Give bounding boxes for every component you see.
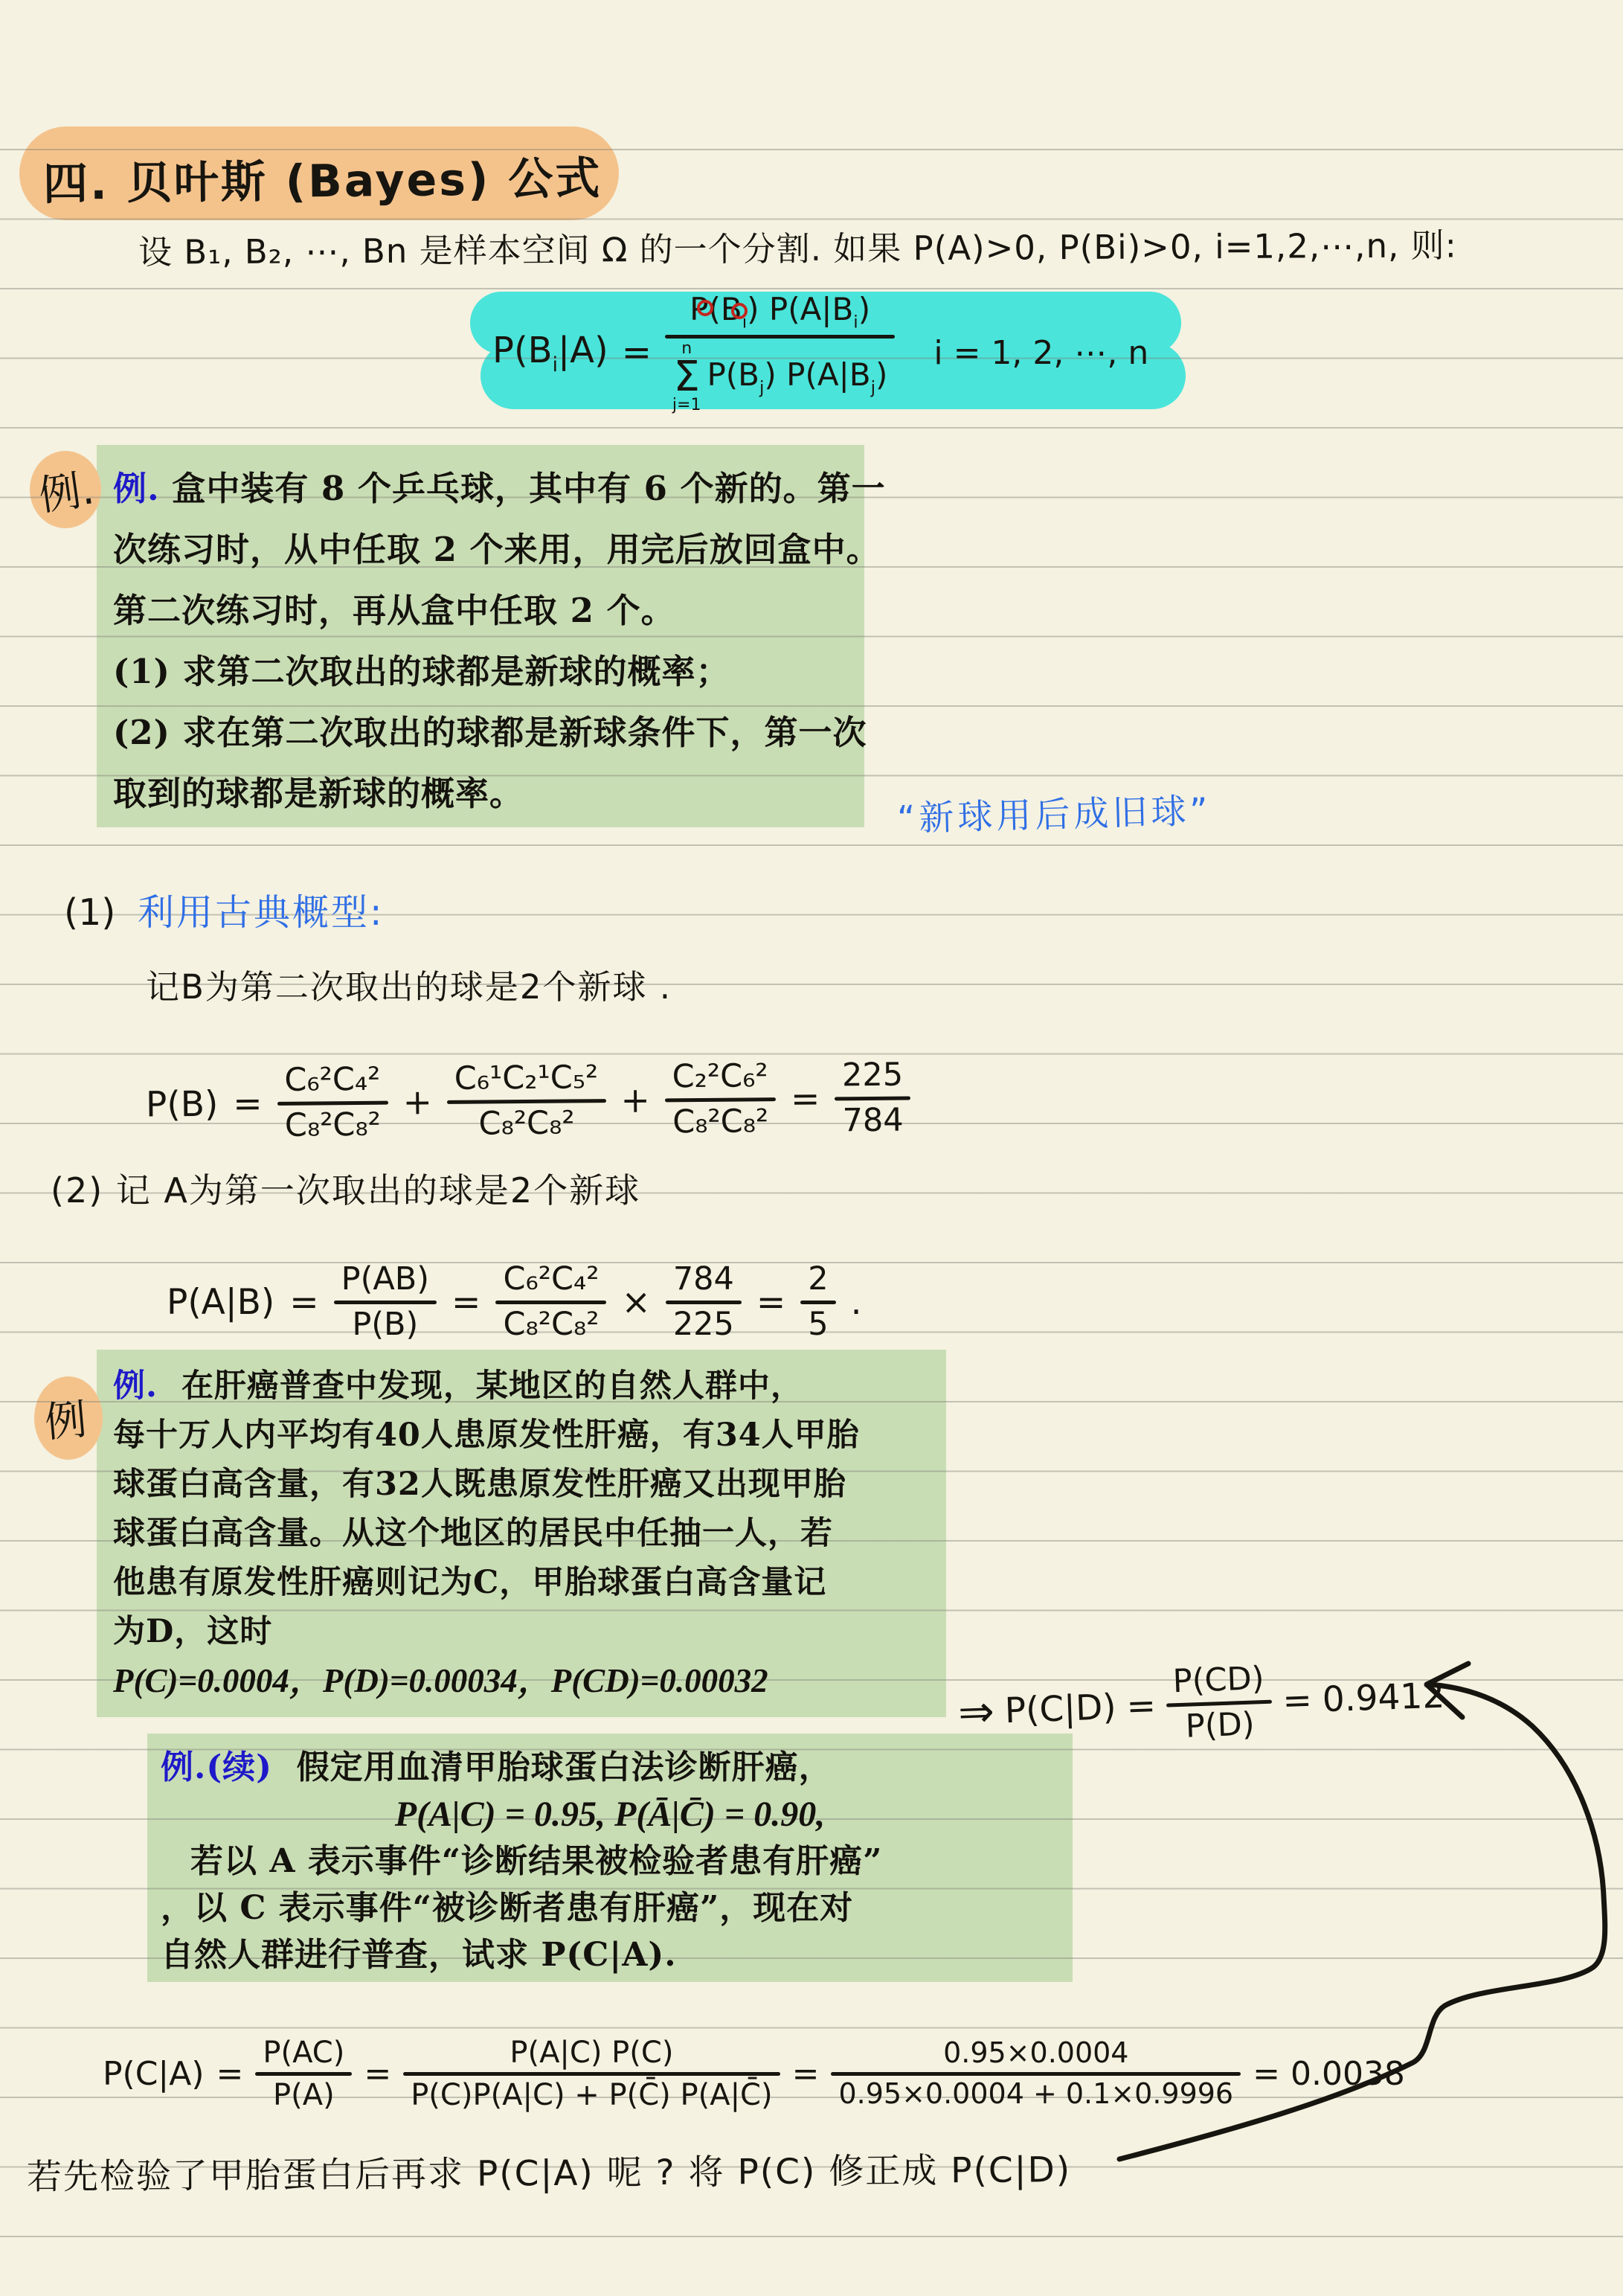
pcd-lhs: P(C|D) [1004, 1687, 1117, 1731]
example3-given: P(A|C) = 0.95, P(Ā|C̄) = 0.90, [161, 1791, 1059, 1838]
summation-symbol: n Σ j=1 [672, 341, 701, 413]
step1-title: 利用古典概型: [138, 891, 385, 934]
pab-frac1: P(AB)P(B) [334, 1259, 437, 1345]
pca-equals3: = [792, 2055, 820, 2093]
step2-line: (2) 记 A为第一次取出的球是2个新球 [51, 1164, 640, 1213]
pab-equals2: = [451, 1282, 481, 1323]
step1-number: (1) [64, 891, 115, 934]
note-content: 四. 贝叶斯 (Bayes) 公式 设 B₁, B₂, ⋯, Bn 是样本空间 … [0, 0, 1623, 2296]
pca-lhs: P(C|A) [103, 2055, 205, 2093]
step1-line: 记B为第二次取出的球是2个新球 . [146, 960, 672, 1008]
example2-label: 例. [113, 1367, 158, 1405]
pca-frac3: 0.95×0.00040.95×0.0004 + 0.1×0.9996 [831, 2035, 1241, 2112]
example2-line1: 例. 在肝癌普查中发现，某地区的自然人群中， [113, 1362, 931, 1411]
bayes-denominator: n Σ j=1 P(Bj) P(A|Bj) [665, 339, 895, 415]
example1-line3: 第二次练习时，再从盒中任取 2 个。 [113, 580, 857, 641]
section-title: 四. 贝叶斯 (Bayes) 公式 [43, 143, 602, 213]
pab-result: 25 [800, 1259, 835, 1345]
pb-formula: P(B) = C₆²C₄²C₈²C₈² + C₆¹C₂¹C₅²C₈²C₈² + … [145, 1024, 911, 1179]
pca-equals2: = [364, 2055, 391, 2093]
bayes-formula: P(Bi|A) = P(Bi) P(A|Bi) n Σ j=1 P(Bj) P(… [492, 295, 1148, 411]
pca-formula: P(C|A) = P(AC)P(A) = P(A|C) P(C)P(C)P(A|… [103, 2003, 1405, 2144]
pcd-frac: P(CD)P(D) [1165, 1658, 1274, 1748]
pb-term3: C₂²C₆²C₈²C₈² [664, 1056, 776, 1143]
pcd-equals2: = [1282, 1679, 1312, 1721]
pab-frac2: C₆²C₄²C₈²C₈² [495, 1259, 606, 1345]
bayes-equals: = [622, 332, 652, 373]
example2-text: 例. 在肝癌普查中发现，某地区的自然人群中， 每十万人内平均有40人患原发性肝癌… [113, 1362, 931, 1705]
pb-plus1: + [402, 1082, 432, 1123]
pab-equals3: = [756, 1282, 785, 1323]
example3-line5: 自然人群进行普查，试求 P(C|A). [161, 1931, 1059, 1978]
example2-line6: 为D，这时 [113, 1607, 931, 1656]
pab-lhs: P(A|B) [167, 1282, 274, 1323]
example3-line3: 若以 A 表示事件“诊断结果被检验者患有肝癌” [161, 1838, 1059, 1885]
bottom-note: 若先检验了甲胎蛋白后再求 P(C|A) 呢 ? 将 P(C) 修正成 P(C|D… [27, 2142, 1071, 2199]
pcd-result: 0.9412 [1322, 1675, 1445, 1720]
bayes-index-range: i = 1, 2, ⋯, n [933, 334, 1148, 372]
example1-line6: 取到的球都是新球的概率。 [113, 763, 857, 824]
example1-line1: 例. 盒中装有 8 个乒乓球，其中有 6 个新的。第一 [113, 458, 857, 519]
example1-text: 例. 盒中装有 8 个乒乓球，其中有 6 个新的。第一 次练习时，从中任取 2 … [113, 458, 857, 824]
step1-heading: (1) 利用古典概型: [64, 884, 385, 936]
example2-line3: 球蛋白高含量，有32人既患原发性肝癌又出现甲胎 [113, 1460, 931, 1509]
pb-result: 225784 [835, 1055, 911, 1142]
bayes-numerator: P(Bi) P(A|Bi) [682, 289, 878, 335]
margin-example1-label: 例. [35, 456, 97, 522]
note-page: 四. 贝叶斯 (Bayes) 公式 设 B₁, B₂, ⋯, Bn 是样本空间 … [0, 0, 1623, 2296]
pb-term1: C₆²C₄²C₈²C₈² [277, 1059, 388, 1147]
implies-arrow: ⇒ [957, 1686, 995, 1738]
example3-line1: 例.(续) 假定用血清甲胎球蛋白法诊断肝癌， [161, 1744, 1059, 1791]
intro-line: 设 B₁, B₂, ⋯, Bn 是样本空间 Ω 的一个分割. 如果 P(A)>0… [138, 218, 1457, 273]
example2-probabilities: P(C)=0.0004，P(D)=0.00034，P(CD)=0.00032 [113, 1656, 931, 1705]
pab-equals: = [289, 1282, 318, 1323]
pb-term2: C₆¹C₂¹C₅²C₈²C₈² [447, 1057, 607, 1145]
pab-formula: P(A|B) = P(AB)P(B) = C₆²C₄²C₈²C₈² × 7842… [167, 1228, 862, 1376]
pb-lhs: P(B) [146, 1083, 219, 1125]
example2-line5: 他患有原发性肝癌则记为C，甲胎球蛋白高含量记 [113, 1558, 931, 1607]
example1-line5: (2) 求在第二次取出的球都是新球条件下，第一次 [113, 702, 857, 763]
pca-frac2: P(A|C) P(C)P(C)P(A|C) + P(C̄) P(A|C̄) [403, 2033, 780, 2114]
pb-equals: = [233, 1083, 263, 1124]
pca-equals: = [216, 2055, 244, 2093]
blue-margin-note: “新球用后成旧球” [896, 783, 1212, 841]
pab-frac3: 784225 [666, 1259, 742, 1345]
pb-plus2: + [620, 1080, 650, 1120]
example3-line4: ，以 C 表示事件“被诊断者患有肝癌”，现在对 [161, 1885, 1059, 1931]
margin-example2-label: 例 [42, 1387, 89, 1450]
pb-equals2: = [791, 1078, 820, 1119]
bayes-fraction: P(Bi) P(A|Bi) n Σ j=1 P(Bj) P(A|Bj) [665, 289, 895, 415]
example1-line2: 次练习时，从中任取 2 个来用，用完后放回盒中。 [113, 519, 857, 580]
example1-label: 例. [113, 469, 160, 508]
example3-label: 例.(续) [161, 1748, 272, 1786]
pca-frac1: P(AC)P(A) [255, 2033, 352, 2114]
pca-result: = 0.0038 [1253, 2055, 1405, 2093]
pcd-equals: = [1126, 1685, 1157, 1727]
pab-times: × [621, 1282, 650, 1323]
example1-line4: (1) 求第二次取出的球都是新球的概率； [113, 641, 857, 702]
pab-period: . [851, 1282, 862, 1323]
bayes-lhs: P(Bi|A) [492, 330, 608, 376]
example2-line2: 每十万人内平均有40人患原发性肝癌，有34人甲胎 [113, 1411, 931, 1460]
example3-text: 例.(续) 假定用血清甲胎球蛋白法诊断肝癌， P(A|C) = 0.95, P(… [161, 1744, 1059, 1978]
example2-line4: 球蛋白高含量。从这个地区的居民中任抽一人，若 [113, 1509, 931, 1558]
